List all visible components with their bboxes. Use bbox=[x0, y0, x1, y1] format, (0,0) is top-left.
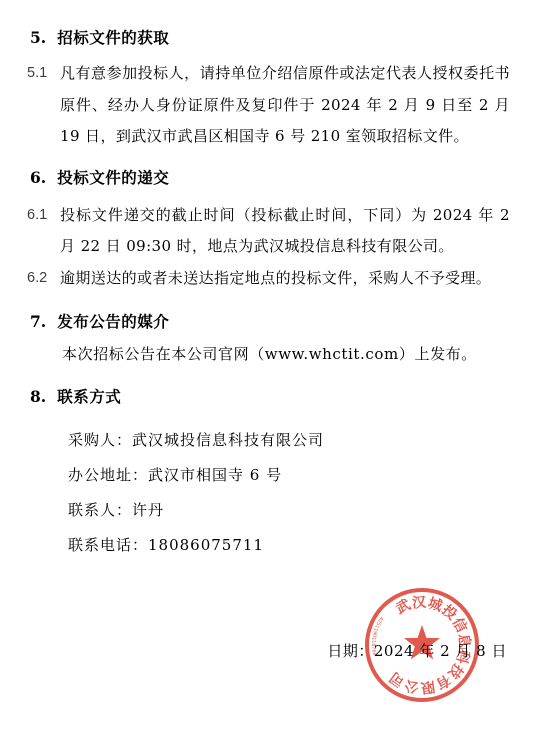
section-5-title: 招标文件的获取 bbox=[57, 28, 169, 47]
clause-5-1-number: 5.1 bbox=[27, 58, 47, 90]
contact-purchaser: 采购人：武汉城投信息科技有限公司 bbox=[30, 423, 510, 458]
section-5-heading: 5.招标文件的获取 bbox=[30, 29, 510, 46]
section-8-heading: 8.联系方式 bbox=[30, 388, 510, 405]
section-7-heading: 7.发布公告的媒介 bbox=[30, 313, 510, 330]
contact-person: 联系人：许丹 bbox=[30, 493, 510, 528]
section-5-number: 5. bbox=[30, 29, 46, 46]
section-6-number: 6. bbox=[30, 169, 46, 186]
clause-6-2: 6.2逾期送达的或者未送达指定地点的投标文件，采购人不予受理。 bbox=[30, 263, 510, 295]
seal-company-char: 有 bbox=[433, 671, 454, 693]
section-7-number: 7. bbox=[30, 313, 46, 330]
seal-company-char: 司 bbox=[386, 668, 407, 690]
clause-6-1-text: 投标文件递交的截止时间（投标截止时间，下同）为 2024 年 2 月 22 日 … bbox=[60, 206, 510, 256]
date-line: 日期：2024 年 2 月 8 日 bbox=[327, 641, 507, 661]
clause-6-2-number: 6.2 bbox=[27, 263, 47, 295]
section-8-number: 8. bbox=[30, 388, 46, 405]
seal-company-char: 武 bbox=[394, 597, 414, 618]
seal-company-char: 汉 bbox=[412, 595, 428, 612]
clause-5-1-text: 凡有意参加投标人，请持单位介绍信原件或法定代表人授权委托书原件、经办人身份证原件… bbox=[60, 64, 510, 145]
section-6-heading: 6.投标文件的递交 bbox=[30, 169, 510, 186]
section-8: 8.联系方式 采购人：武汉城投信息科技有限公司 办公地址：武汉市相国寺 6 号 … bbox=[30, 388, 510, 563]
section-8-title: 联系方式 bbox=[57, 387, 121, 406]
contact-office-address: 办公地址：武汉市相国寺 6 号 bbox=[30, 458, 510, 493]
clause-6-1-number: 6.1 bbox=[27, 200, 47, 232]
seal-company-char: 公 bbox=[402, 676, 420, 695]
section-5: 5.招标文件的获取 5.1凡有意参加投标人，请持单位介绍信原件或法定代表人授权委… bbox=[30, 29, 510, 153]
document-page: 5.招标文件的获取 5.1凡有意参加投标人，请持单位介绍信原件或法定代表人授权委… bbox=[0, 0, 540, 729]
section-7: 7.发布公告的媒介 本次招标公告在本公司官网（www.whctit.com）上发… bbox=[30, 313, 510, 371]
seal-company-char: 信 bbox=[449, 615, 471, 635]
contact-phone: 联系电话：18086075711 bbox=[30, 528, 510, 563]
clause-5-1: 5.1凡有意参加投标人，请持单位介绍信原件或法定代表人授权委托书原件、经办人身份… bbox=[30, 58, 510, 153]
announcement-media-paragraph: 本次招标公告在本公司官网（www.whctit.com）上发布。 bbox=[30, 339, 510, 371]
section-6-title: 投标文件的递交 bbox=[57, 168, 169, 187]
section-6: 6.投标文件的递交 6.1投标文件递交的截止时间（投标截止时间，下同）为 202… bbox=[30, 169, 510, 295]
seal-company-char: 限 bbox=[420, 678, 436, 697]
clause-6-1: 6.1投标文件递交的截止时间（投标截止时间，下同）为 2024 年 2 月 22… bbox=[30, 200, 510, 263]
clause-6-2-text: 逾期送达的或者未送达指定地点的投标文件，采购人不予受理。 bbox=[60, 269, 491, 287]
seal-company-char: 技 bbox=[444, 660, 467, 682]
seal-company-char: 城 bbox=[426, 594, 446, 615]
section-7-title: 发布公告的媒介 bbox=[57, 312, 169, 331]
seal-company-char: 投 bbox=[438, 601, 460, 623]
